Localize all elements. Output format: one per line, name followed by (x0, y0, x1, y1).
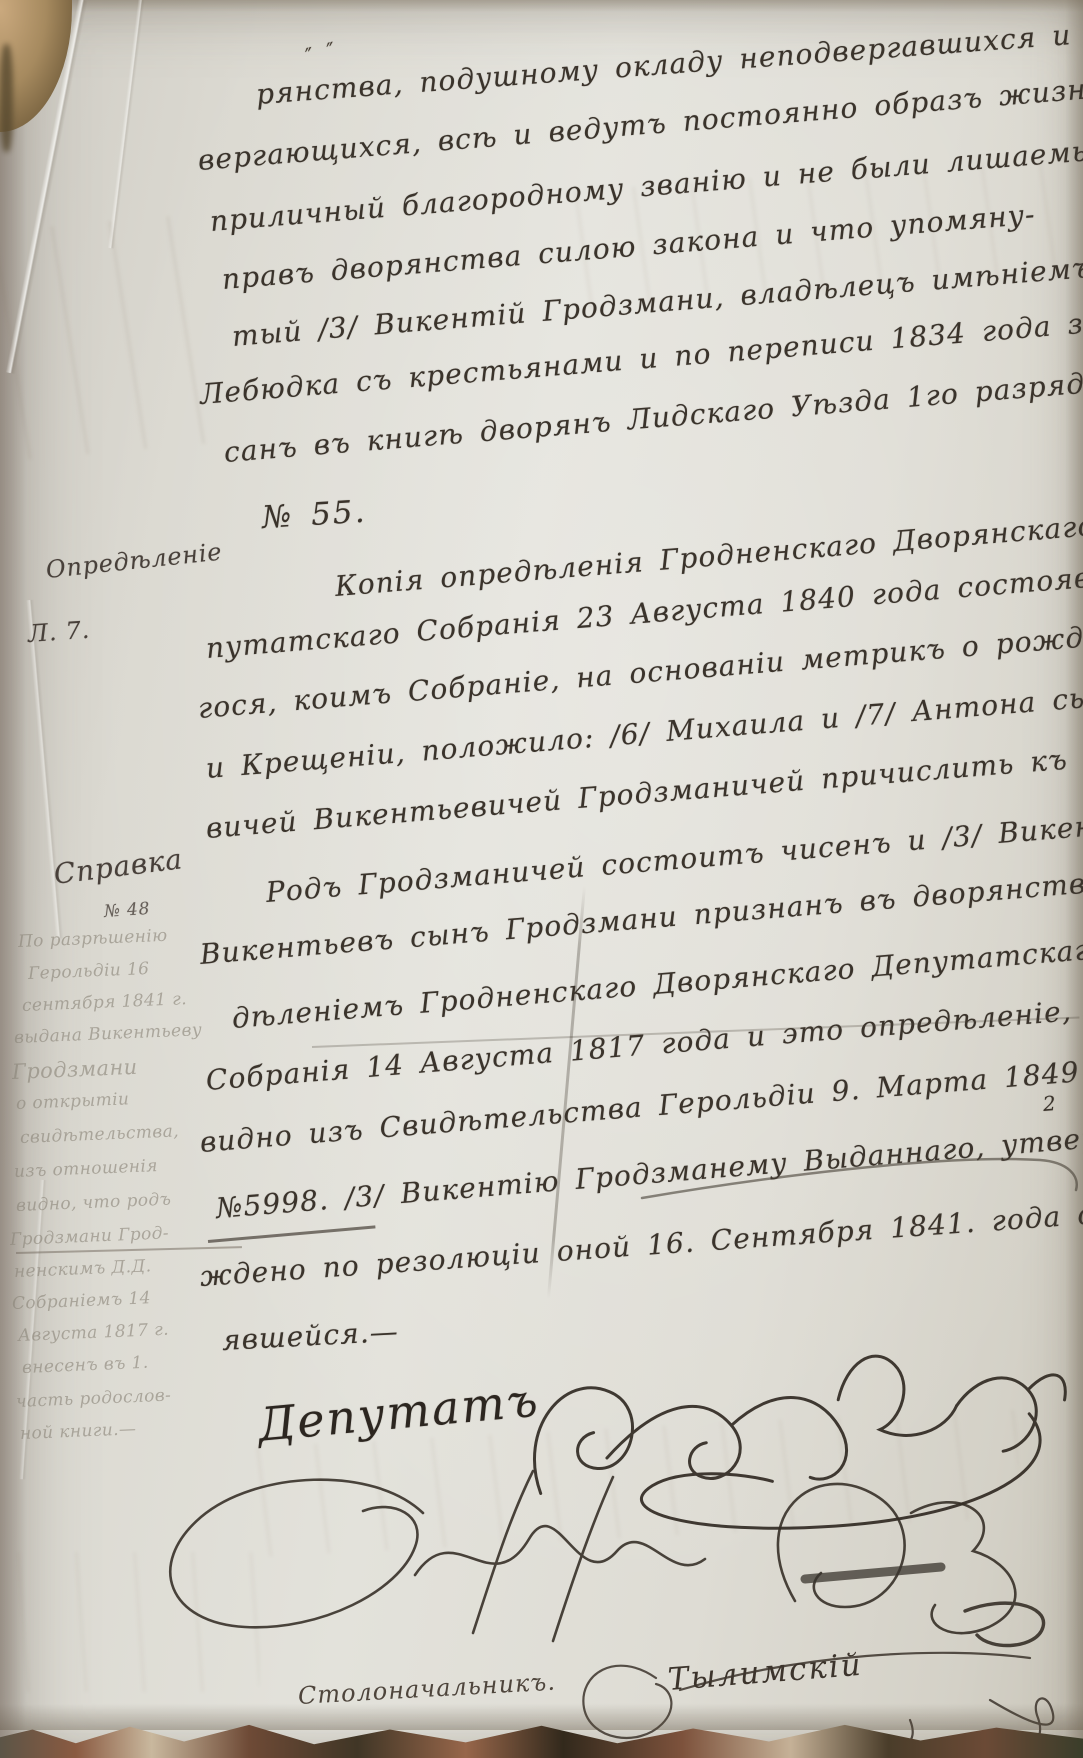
photo-top-edge (0, 0, 1083, 12)
ink-underline-swoosh (640, 1150, 1083, 1210)
superscript-correction: 2 (1042, 1091, 1058, 1116)
signature-flourish-row (105, 1455, 1065, 1660)
margin-note-spravka-number: № 48 (103, 899, 151, 922)
entry-number-heading: № 55. (261, 494, 368, 536)
photo-corner-shadow (0, 44, 13, 152)
margin-note-sheet-number: Л. 7. (27, 616, 91, 648)
ink-bleedthrough (0, 212, 233, 461)
manuscript-photo: Опредѣленіе Л. 7. Справка № 48 По разрѣш… (0, 0, 1083, 1758)
